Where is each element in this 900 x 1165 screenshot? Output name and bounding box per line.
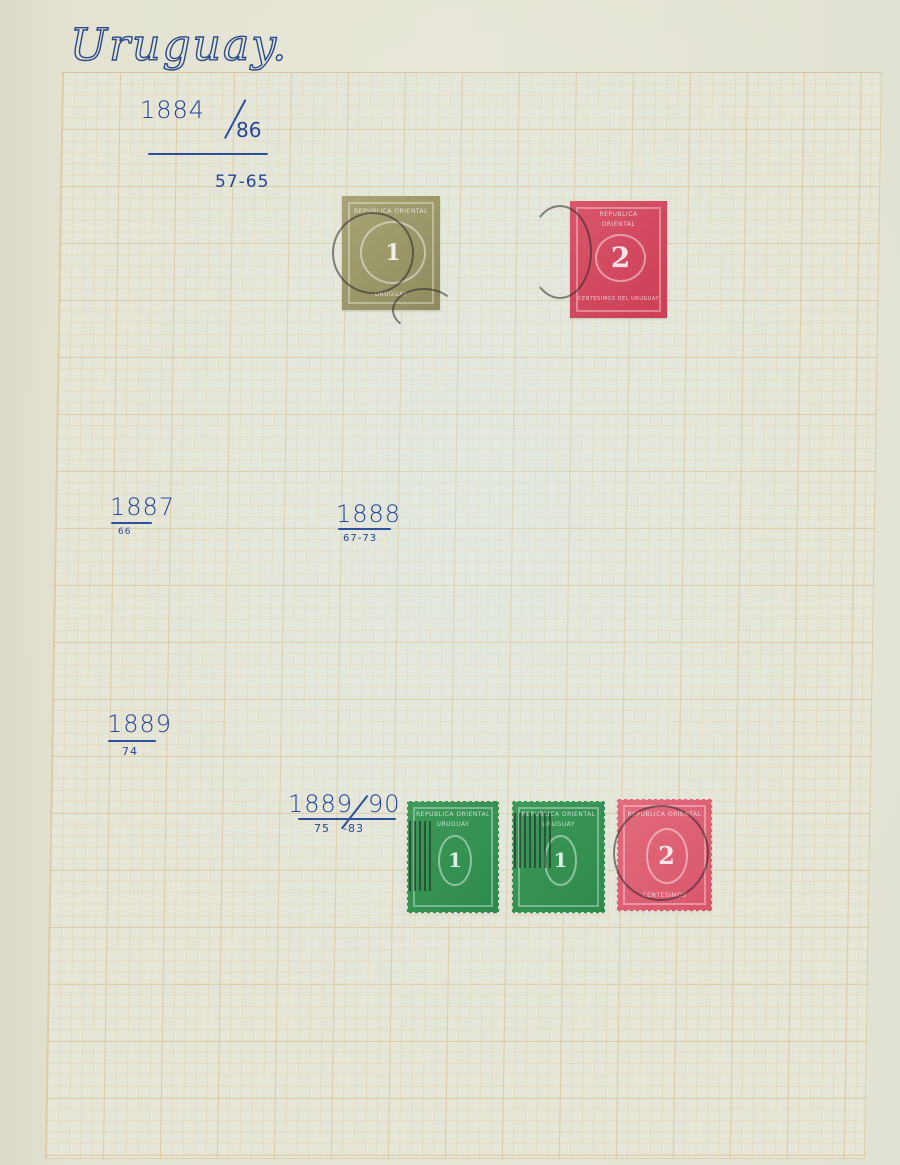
graph-paper-grid (45, 72, 882, 1159)
bar-cancel (409, 821, 433, 891)
catalog-range-end: -83 (343, 822, 364, 835)
year-label: 1887 (110, 493, 175, 521)
stamp-denomination: 2 (611, 241, 630, 274)
year-underline (338, 528, 391, 530)
stamp-1889-green-2[interactable]: REPUBLICA ORIENTAL URUGUAY 1 (512, 801, 605, 913)
year-underline (298, 818, 396, 820)
year-suffix: 90 (368, 790, 401, 818)
stamp-legend-top: REPUBLICA (570, 211, 667, 218)
postmark-cancel (332, 212, 414, 294)
stamp-1884-carmine[interactable]: REPUBLICA ORIENTAL 2 CENTESIMOS DEL URUG… (570, 201, 667, 318)
year-label: 1889 (288, 790, 353, 818)
year-label: 1884 (140, 96, 205, 124)
year-label: 1889 (107, 710, 172, 738)
catalog-range-start: 75 (314, 822, 330, 835)
stamp-denomination: 1 (448, 848, 462, 872)
stamp-legend-bottom: CENTESIMOS DEL URUGUAY (570, 296, 667, 302)
catalog-range: 66 (118, 527, 131, 537)
year-underline (111, 522, 152, 524)
year-underline (108, 740, 156, 742)
stamp-value-oval: 2 (595, 234, 646, 282)
catalog-range: 67-73 (343, 533, 377, 544)
stamp-1884-olive[interactable]: REPUBLICA ORIENTAL 1 URUGUAY (342, 196, 440, 310)
year-label: 1888 (336, 500, 401, 528)
bar-cancel (514, 813, 552, 868)
stamp-1889-green-1[interactable]: REPUBLICA ORIENTAL URUGUAY 1 (407, 801, 499, 913)
stamp-legend-top: REPUBLICA ORIENTAL (407, 811, 499, 818)
catalog-range: 57-65 (215, 172, 269, 192)
page-title: Uruguay. (70, 20, 288, 71)
stamp-denomination: 1 (554, 848, 568, 872)
stamp-legend-top: REPUBLICA ORIENTAL (342, 208, 440, 215)
stamp-coat-of-arms: 1 (438, 835, 471, 886)
year-suffix: 86 (236, 118, 261, 142)
postmark-cancel (528, 205, 592, 299)
postmark-cancel-2 (392, 288, 456, 332)
stamp-1889-rose[interactable]: REPUBLICA ORIENTAL 2 CENTESIMOS (617, 799, 712, 911)
year-underline (148, 153, 268, 155)
catalog-range: 74 (122, 745, 138, 758)
